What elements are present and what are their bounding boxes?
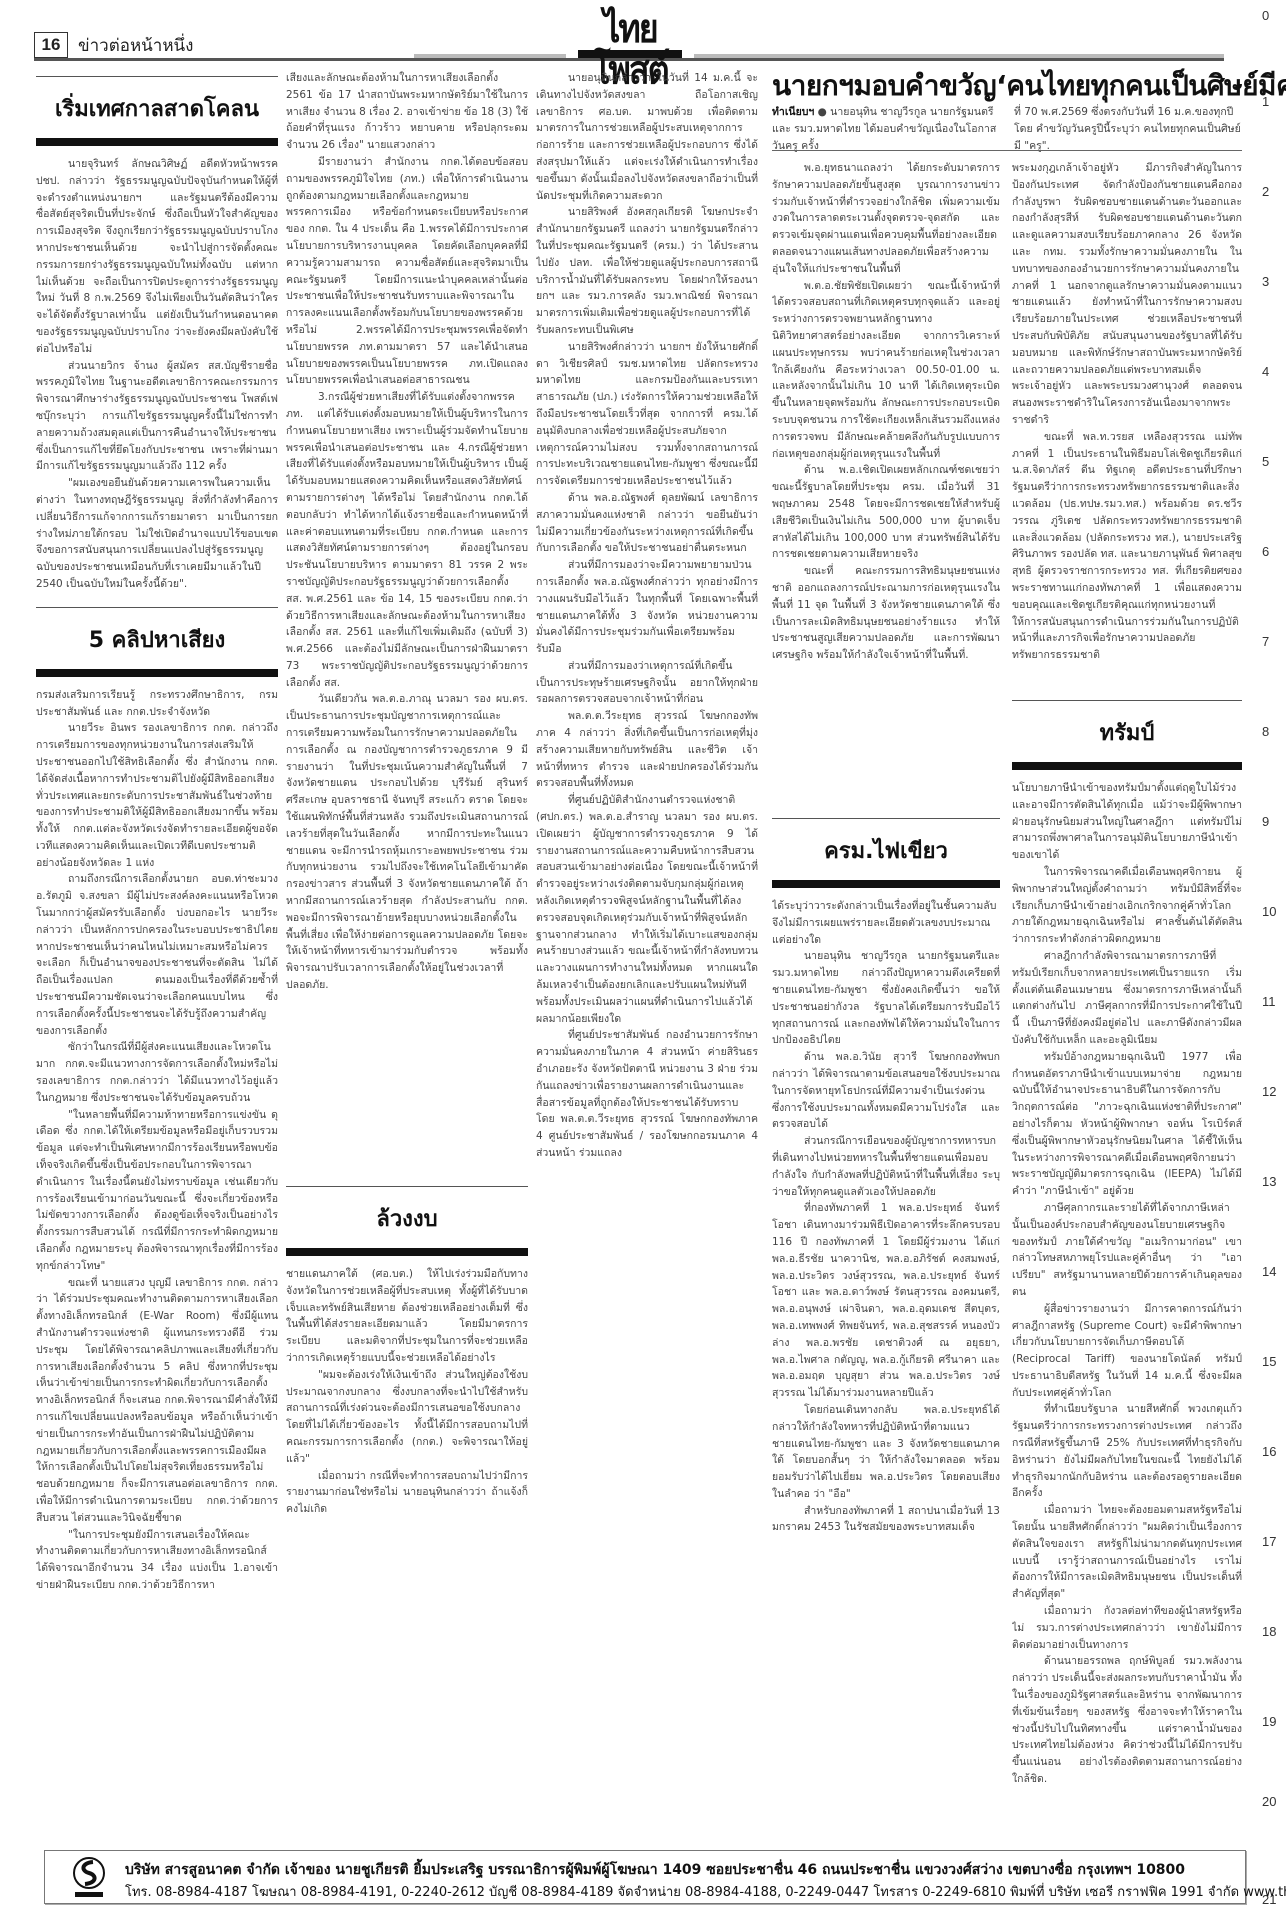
paragraph: ส่วนนายวิกร จ้านง ผู้สมัคร สส.บัญชีรายชื…	[36, 358, 278, 476]
paragraph: ส่วนกรณีการเยือนของผู้บัญชาการทหารบก ที่…	[772, 1133, 1000, 1200]
paragraph: "ในหลายพื้นที่มีความท้าทายหรือการแข่งขัน…	[36, 1107, 278, 1275]
section-thick-rule	[36, 138, 278, 146]
paragraph: ชายแดนภาคใต้ (ศอ.บต.) ให้ไปเร่งร่วมมือกั…	[286, 1266, 528, 1367]
paragraph: ซักว่าในกรณีที่มีผู้ส่งคะแนนเสียงและโหวต…	[36, 1039, 278, 1106]
margin-number: 13	[1262, 1174, 1276, 1189]
page-header: 16 ข่าวต่อหน้าหนึ่ง ไทยโพสต์	[34, 14, 1224, 56]
lead-left: ทำเนียบฯ ● นายอนุทิน ชาญวีรกูล นายกรัฐมน…	[772, 104, 1000, 154]
margin-number: 9	[1262, 814, 1269, 829]
paragraph: โดยก่อนเดินทางกลับ พล.อ.ประยุทธ์ได้กล่าว…	[772, 1402, 1000, 1503]
paragraph: ภาษีศุลกากรและรายได้ที่ได้จากภาษีเหล่านั…	[1012, 1200, 1242, 1301]
article-body: เสียงและลักษณะต้องห้ามในการหาเสียงเลือกต…	[286, 70, 528, 1180]
margin-number: 7	[1262, 634, 1269, 649]
margin-number: 15	[1262, 1354, 1276, 1369]
paragraph: 3.กรณีผู้ช่วยหาเสียงที่ได้รับแต่งตั้งจาก…	[286, 389, 528, 691]
column-1: เริ่มเทศกาลสาดโคลน นายจุรินทร์ ลักษณวิศิ…	[36, 70, 278, 1840]
paragraph: ทรัมป์อ้างกฎหมายฉุกเฉินปี 1977 เพื่อกำหน…	[1012, 1049, 1242, 1200]
paragraph: มีรายงานว่า สำนักงาน กกต.ได้ตอบข้อสอบถาม…	[286, 154, 528, 389]
section-heading: ครม.ไฟเขียว	[772, 819, 1000, 880]
margin-number: 6	[1262, 544, 1269, 559]
article-body: นายจุรินทร์ ลักษณวิศิษฏ์ อดีตหัวหน้าพรรค…	[36, 156, 278, 593]
dateline: ทำเนียบฯ	[772, 106, 814, 118]
section-thick-rule	[1012, 762, 1242, 770]
paragraph: "ผมจะต้องเร่งให้เงินเข้าถึง ส่วนใหญ่ต้อง…	[286, 1367, 528, 1468]
paragraph: ศาลฎีกากำลังพิจารณามาตรการภาษีที่ทรัมป์เ…	[1012, 948, 1242, 1049]
section-thick-rule	[36, 669, 278, 677]
paragraph: ส่วนที่มีการมองว่าจะมีความพยายามป่วนการเ…	[536, 557, 758, 658]
paragraph: ด้าน พ.อ.เชิดเปิดเผยหลักเกณฑ์ชดเชยว่า ขณ…	[772, 462, 1000, 563]
paragraph: นายสิริพงศ์ อังคสกุลเกียรติ โฆษกประจำสำน…	[536, 204, 758, 338]
paragraph: ได้ระบุว่าวาระดังกล่าวเป็นเรื่องที่อยู่ใ…	[772, 898, 1000, 948]
paragraph: ด้าน พล.อ.ณัฐพงศ์ ดุลยพัฒน์ เลขาธิการสภา…	[536, 490, 758, 557]
section-heading: 5 คลิปหาเสียง	[36, 608, 278, 669]
margin-number: 10	[1262, 904, 1276, 919]
margin-number: 2	[1262, 184, 1269, 199]
section-heading: เริ่มเทศกาลสาดโคลน	[36, 77, 278, 138]
masthead-logo: ไทยโพสต์	[566, 14, 694, 58]
paragraph: วันเดียวกัน พล.ต.อ.ภาณุ นวลมา รอง ผบ.ตร.…	[286, 691, 528, 993]
section-thick-rule	[286, 1248, 528, 1256]
margin-number: 17	[1262, 1534, 1276, 1549]
article-body: พ.อ.ยุทธนาแถลงว่า ได้ยกระดับมาตรการรักษา…	[772, 160, 1000, 810]
paragraph: เสียงและลักษณะต้องห้ามในการหาเสียงเลือกต…	[286, 70, 528, 154]
paragraph: "ในการประชุมยังมีการเสนอเรื่องให้คณะทำงา…	[36, 1527, 278, 1594]
paragraph: นายสิริพงศ์กล่าวว่า นายกฯ ยังให้นายศักดิ…	[536, 339, 758, 490]
paragraph: ถามถึงกรณีการเลือกตั้งนายก อบต.ท่าชะมวง …	[36, 871, 278, 1039]
paragraph: พระมงกุฎเกล้าเจ้าอยู่หัว มีภารกิจสำคัญใน…	[1012, 160, 1242, 429]
paragraph: ที่ศูนย์ปฏิบัติสำนักงานตำรวจแห่งชาติ (ศป…	[536, 792, 758, 1027]
margin-number: 18	[1262, 1624, 1276, 1639]
margin-number: 16	[1262, 1444, 1276, 1459]
paragraph: ผู้สื่อข่าวรายงานว่า มีการคาดการณ์กันว่า…	[1012, 1301, 1242, 1402]
article-body: นโยบายภาษีนำเข้าของทรัมป์มาตั้งแต่ฤดูใบไ…	[1012, 780, 1242, 1788]
margin-number: 5	[1262, 454, 1269, 469]
article-body: ชายแดนภาคใต้ (ศอ.บต.) ให้ไปเร่งร่วมมือกั…	[286, 1266, 528, 1518]
section-heading: ล้วงงบ	[286, 1187, 528, 1248]
paragraph: พล.ต.ต.วีระยุทธ สุวรรณ์ โฆษกกองทัพภาค 4 …	[536, 708, 758, 792]
paragraph: นายอนุทิน ชาญวีรกูล นายกรัฐมนตรีและ รมว.…	[772, 948, 1000, 1049]
publisher-footer: บริษัท สารสูอนาคต จำกัด เจ้าของ นายชูเกี…	[44, 1850, 1246, 1904]
paragraph: ที่ศูนย์ประชาสัมพันธ์ กองอำนวยการรักษาคว…	[536, 1027, 758, 1161]
paragraph: ด้าน พล.อ.วินัย สุวารี โฆษกกองทัพบก กล่า…	[772, 1049, 1000, 1133]
paragraph: "ผมเองขอยืนยันด้วยความเคารพในความเห็นต่า…	[36, 475, 278, 593]
margin-number: 8	[1262, 724, 1269, 739]
paragraph: ส่วนที่มีการมองว่าเหตุการณ์ที่เกิดขึ้นเป…	[536, 658, 758, 708]
newspaper-page: 16 ข่าวต่อหน้าหนึ่ง ไทยโพสต์ 01234567891…	[0, 0, 1286, 1920]
paragraph: ในการพิจารณาคดีเมื่อเดือนพฤศจิกายน ผู้พิ…	[1012, 864, 1242, 948]
paragraph: นายวีระ อินพร รองเลขาธิการ กกต. กล่าวถึง…	[36, 720, 278, 871]
publisher-info: บริษัท สารสูอนาคต จำกัด เจ้าของ นายชูเกี…	[125, 1859, 1185, 1881]
article-body: กรมส่งเสริมการเรียนรู้ กระทรวงศึกษาธิการ…	[36, 687, 278, 1594]
paragraph: พ.อ.ยุทธนาแถลงว่า ได้ยกระดับมาตรการรักษา…	[772, 160, 1000, 278]
margin-number: 14	[1262, 1264, 1276, 1279]
section-title: ข่าวต่อหน้าหนึ่ง	[78, 32, 193, 59]
margin-number: 3	[1262, 274, 1269, 289]
paragraph: นโยบายภาษีนำเข้าของทรัมป์มาตั้งแต่ฤดูใบไ…	[1012, 780, 1242, 864]
logo-tagline-bar	[578, 50, 682, 58]
lead-right: ที่ 70 พ.ศ.2569 ซึ่งตรงกับวันที่ 16 ม.ค.…	[1014, 104, 1242, 154]
paragraph: นายอนุทินกล่าวว่า ในวันที่ 14 ม.ค.นี้ จะ…	[536, 70, 758, 204]
column-4: พ.อ.ยุทธนาแถลงว่า ได้ยกระดับมาตรการรักษา…	[772, 160, 1000, 1840]
page-number: 16	[34, 32, 68, 58]
paragraph: ที่ทำเนียบรัฐบาล นายสีหศักดิ์ พวงเกตุแก้…	[1012, 1401, 1242, 1502]
paragraph: สำหรับกองทัพภาคที่ 1 สถาปนาเมื่อวันที่ 1…	[772, 1503, 1000, 1537]
margin-number: 11	[1262, 994, 1276, 1009]
main-headline: นายกฯมอบคำขวัญ‘คนไทยทุกคนเป็นศิษย์มีครู’	[772, 64, 1242, 108]
bullet-icon: ●	[818, 106, 827, 118]
paragraph: เมื่อถามว่า ไทยจะต้องยอมตามสหรัฐหรือไม่ …	[1012, 1502, 1242, 1603]
column-2: เสียงและลักษณะต้องห้ามในการหาเสียงเลือกต…	[286, 70, 528, 1840]
section-thick-rule	[772, 880, 1000, 888]
margin-number: 12	[1262, 1084, 1276, 1099]
paragraph: พ.ต.อ.ชัยพิชัยเปิดเผยว่า ขณะนี้เจ้าหน้าท…	[772, 278, 1000, 463]
contact-info: โทร. 08-8984-4187 โฆษณา 08-8984-4191, 0-…	[125, 1881, 1286, 1902]
section-heading: ทรัมป์	[1012, 701, 1242, 762]
margin-number: 4	[1262, 364, 1269, 379]
paragraph: กรมส่งเสริมการเรียนรู้ กระทรวงศึกษาธิการ…	[36, 687, 278, 721]
paragraph: ขณะที่ พล.ท.วรยส เหลืองสุวรรณ แม่ทัพภาคท…	[1012, 429, 1242, 664]
publisher-logo-icon	[71, 1857, 107, 1899]
paragraph: เมื่อถามว่า กังวลต่อท่าทีของผู้นำสหรัฐหร…	[1012, 1603, 1242, 1653]
margin-number: 0	[1262, 8, 1269, 23]
paragraph: นายจุรินทร์ ลักษณวิศิษฏ์ อดีตหัวหน้าพรรค…	[36, 156, 278, 358]
article-body: พระมงกุฎเกล้าเจ้าอยู่หัว มีภารกิจสำคัญใน…	[1012, 160, 1242, 690]
paragraph: ขณะที่ คณะกรรมการสิทธิมนุษยชนแห่งชาติ ออ…	[772, 563, 1000, 664]
paragraph: ที่กองทัพภาคที่ 1 พล.อ.ประยุทธ์ จันทร์โอ…	[772, 1200, 1000, 1402]
column-5: พระมงกุฎเกล้าเจ้าอยู่หัว มีภารกิจสำคัญใน…	[1012, 160, 1242, 1840]
margin-number: 19	[1262, 1714, 1276, 1729]
headline-rule	[772, 150, 1242, 151]
paragraph: ด้านนายอรรถพล ฤกษ์พิบูลย์ รมว.พลังงาน กล…	[1012, 1653, 1242, 1787]
margin-number: 20	[1262, 1794, 1276, 1809]
paragraph: เมื่อถามว่า กรณีที่จะทำการสอบถามไปว่ามีก…	[286, 1468, 528, 1518]
paragraph: ขณะที่ นายแสวง บุญมี เลขาธิการ กกต. กล่า…	[36, 1275, 278, 1527]
article-body: ได้ระบุว่าวาระดังกล่าวเป็นเรื่องที่อยู่ใ…	[772, 898, 1000, 1536]
column-3: นายอนุทินกล่าวว่า ในวันที่ 14 ม.ค.นี้ จะ…	[536, 70, 758, 1840]
